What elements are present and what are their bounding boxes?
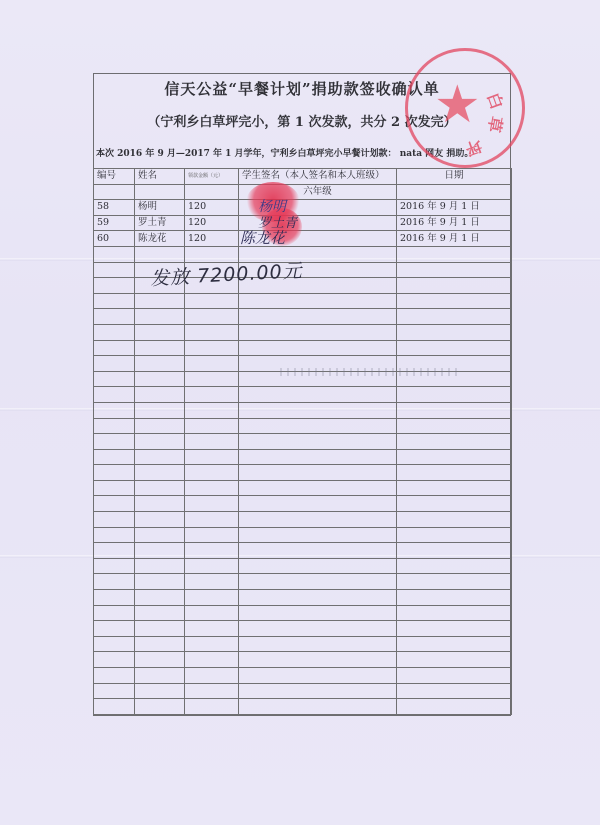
table-row: 58 杨明 120 2016 年 9 月 1 日	[94, 200, 512, 216]
header-row: 编号 姓名 领款金额（元） 学生签名（本人签名和本人班级） 日期	[94, 169, 512, 185]
row-name: 陈龙花	[135, 231, 185, 247]
empty-table-row	[94, 683, 512, 699]
empty-table-row	[94, 527, 512, 543]
star-icon: ★	[434, 79, 481, 131]
empty-table-row	[94, 558, 512, 574]
table-row: 60 陈龙花 120 2016 年 9 月 1 日	[94, 231, 512, 247]
grade-row: 六年级	[94, 184, 512, 200]
row-id: 58	[94, 200, 135, 216]
empty-table-row	[94, 574, 512, 590]
empty-table-row	[94, 340, 512, 356]
empty-table-row	[94, 293, 512, 309]
empty-table-row	[94, 512, 512, 528]
row-date: 2016 年 9 月 1 日	[397, 215, 512, 231]
header-signature: 学生签名（本人签名和本人班级）	[239, 169, 397, 185]
empty-table-row	[94, 621, 512, 637]
empty-table-row	[94, 652, 512, 668]
empty-table-row	[94, 465, 512, 481]
document-paper: 信天公益“早餐计划”捐助款签收确认单 （宁利乡白草坪完小，第 1 次发款，共分 …	[0, 0, 600, 825]
seal-text-char: 坪	[463, 135, 486, 162]
seal-text-char: 草	[483, 115, 508, 135]
scan-speckle	[280, 368, 460, 376]
empty-table-row	[94, 590, 512, 606]
row-id: 59	[94, 215, 135, 231]
table-row: 59 罗土青 120 2016 年 9 月 1 日	[94, 215, 512, 231]
empty-table-row	[94, 418, 512, 434]
official-seal-stamp: ★ 白 草 坪	[405, 48, 525, 168]
seal-text-char: 白	[482, 89, 509, 112]
row-name: 杨明	[135, 200, 185, 216]
empty-table-row	[94, 699, 512, 715]
empty-table-row	[94, 480, 512, 496]
empty-table-row	[94, 636, 512, 652]
empty-table-row	[94, 605, 512, 621]
header-amount: 领款金额（元）	[185, 169, 239, 185]
empty-table-row	[94, 402, 512, 418]
receipt-table: 编号 姓名 领款金额（元） 学生签名（本人签名和本人班级） 日期 六年级 58 …	[93, 168, 512, 715]
row-amount: 120	[185, 231, 239, 247]
header-date: 日期	[397, 169, 512, 185]
empty-table-row	[94, 543, 512, 559]
row-amount: 120	[185, 200, 239, 216]
row-id: 60	[94, 231, 135, 247]
empty-table-row	[94, 496, 512, 512]
row-date: 2016 年 9 月 1 日	[397, 200, 512, 216]
row-amount: 120	[185, 215, 239, 231]
header-name: 姓名	[135, 169, 185, 185]
empty-table-row	[94, 387, 512, 403]
empty-table-row	[94, 246, 512, 262]
empty-table-row	[94, 309, 512, 325]
empty-table-row	[94, 449, 512, 465]
row-name: 罗土青	[135, 215, 185, 231]
empty-table-row	[94, 324, 512, 340]
empty-table-row	[94, 668, 512, 684]
row-date: 2016 年 9 月 1 日	[397, 231, 512, 247]
empty-table-row	[94, 434, 512, 450]
signature-chen-longhua: 陈龙花	[240, 227, 285, 248]
header-id: 编号	[94, 169, 135, 185]
